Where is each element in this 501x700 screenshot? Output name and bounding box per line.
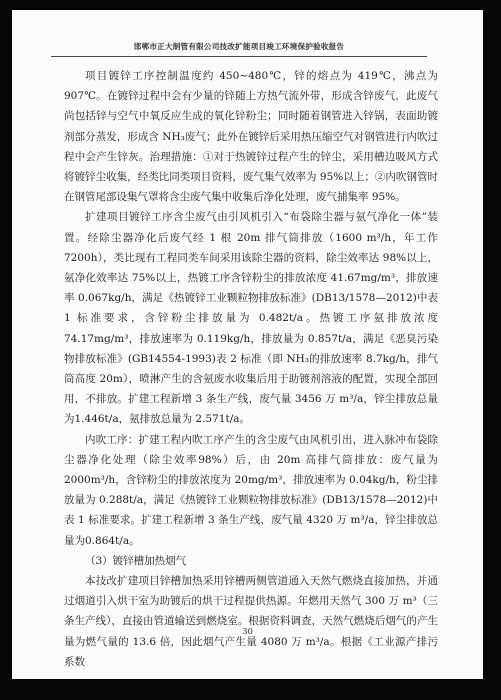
body-paragraph: 项目镀锌工序控制温度约 450~480℃，锌的熔点为 419℃，沸点为 907℃… [64, 66, 438, 207]
body-paragraph: 内吹工序：扩建工程内吹工序产生的含尘废气由风机引出，进入脉冲布袋除尘器净化处理（… [64, 430, 438, 551]
scan-background: 邯郸市正大制管有限公司技改扩能项目竣工环境保护验收报告 项目镀锌工序控制温度约 … [0, 0, 501, 700]
page-header-title: 邯郸市正大制管有限公司技改扩能项目竣工环境保护验收报告 [51, 41, 427, 52]
header-divider [51, 56, 427, 57]
page-number: 30 [12, 627, 483, 637]
document-body: 项目镀锌工序控制温度约 450~480℃，锌的熔点为 419℃，沸点为 907℃… [64, 66, 438, 672]
body-paragraph: 本技改扩建项目锌槽加热采用锌槽两侧管道通入天然气燃烧直接加热，并通过烟道引入烘干… [64, 571, 438, 672]
body-paragraph-section-heading: （3）镀锌槽加热烟气 [64, 551, 438, 571]
document-page: 邯郸市正大制管有限公司技改扩能项目竣工环境保护验收报告 项目镀锌工序控制温度约 … [12, 10, 483, 679]
body-paragraph: 扩建项目镀锌工序含尘废气由引风机引入“布袋除尘器与氨气净化一体”装置。经除尘器净… [64, 207, 438, 429]
